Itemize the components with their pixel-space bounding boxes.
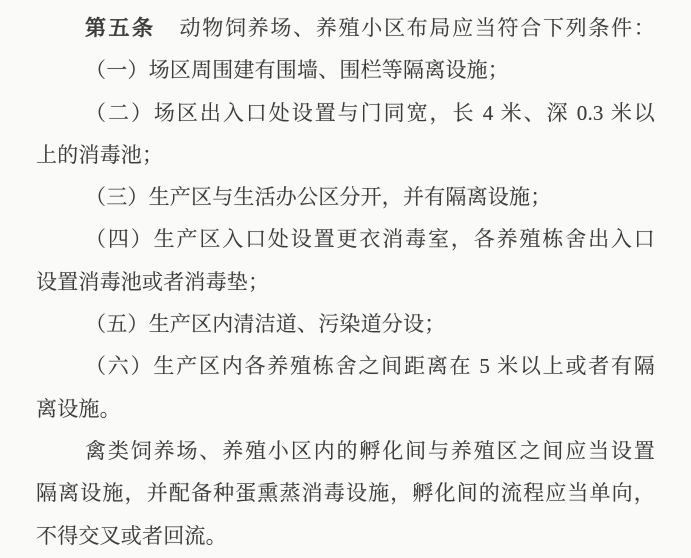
clause-1-line: （一）场区周围建有围墙、围栏等隔离设施；	[36, 49, 655, 91]
clause-3-line: （三）生产区与生活办公区分开，并有隔离设施；	[36, 176, 655, 218]
poultry-paragraph-line-1: 禽类饲养场、养殖小区内的孵化间与养殖区之间应当设置	[36, 430, 655, 472]
clause-4-line-2: 设置消毒池或者消毒垫；	[36, 261, 655, 303]
article-number: 第五条	[85, 16, 156, 40]
clause-2-line-1: （二）场区出入口处设置与门同宽，长 4 米、深 0.3 米以	[36, 92, 655, 134]
clause-6-line-1: （六）生产区内各养殖栋舍之间距离在 5 米以上或者有隔	[36, 345, 655, 387]
clause-6-line-2: 离设施。	[36, 388, 655, 430]
clause-5-line: （五）生产区内清洁道、污染道分设；	[36, 303, 655, 345]
scanned-document-page: 第五条动物饲养场、养殖小区布局应当符合下列条件： （一）场区周围建有围墙、围栏等…	[0, 0, 691, 558]
article-heading-line: 第五条动物饲养场、养殖小区布局应当符合下列条件：	[36, 7, 655, 49]
poultry-paragraph-line-2: 隔离设施，并配备种蛋熏蒸消毒设施，孵化间的流程应当单向，	[36, 472, 655, 514]
poultry-paragraph-line-3: 不得交叉或者回流。	[36, 515, 655, 557]
article-heading-text: 动物饲养场、养殖小区布局应当符合下列条件：	[180, 16, 655, 40]
clause-4-line-1: （四）生产区入口处设置更衣消毒室，各养殖栋舍出入口	[36, 218, 655, 260]
clause-2-line-2: 上的消毒池；	[36, 134, 655, 176]
